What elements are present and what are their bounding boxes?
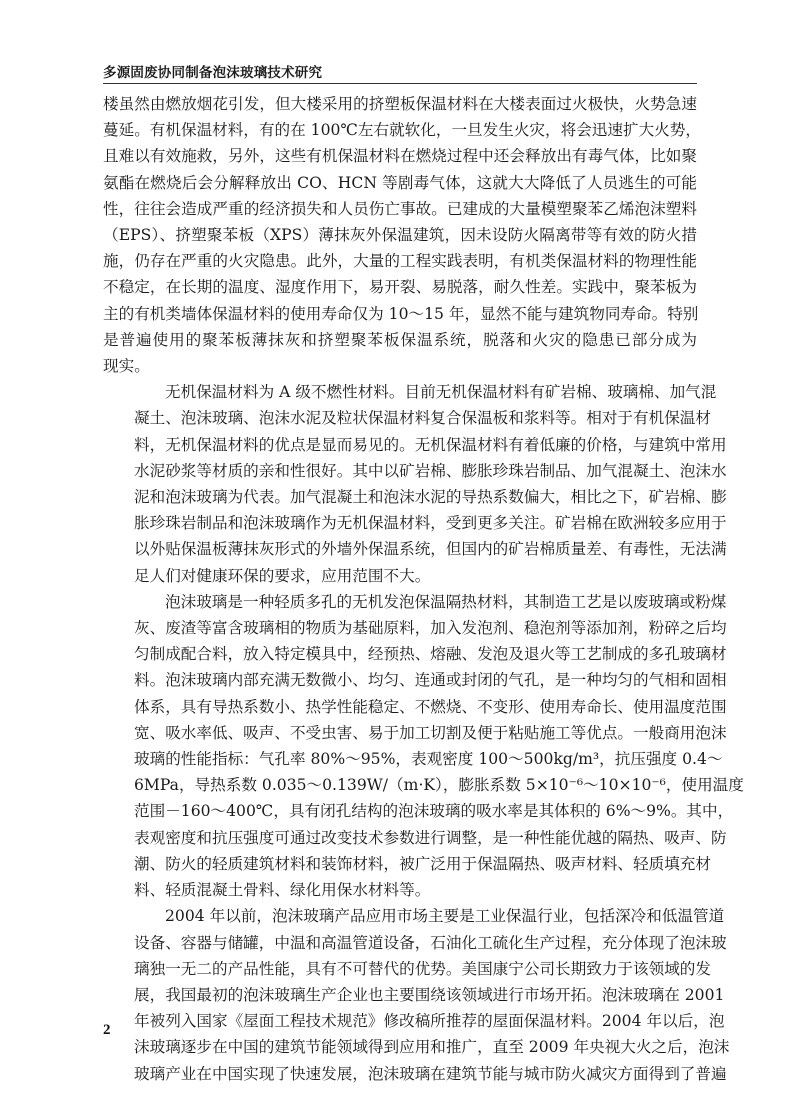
text-line: 料。泡沫玻璃内部充满无数微小、均匀、连通或封闭的气孔，是一种均匀的气相和固相 (103, 667, 697, 693)
text-line: 6MPa，导热系数 0.035～0.139W/（m·K），膨胀系数 5×10⁻⁶… (103, 772, 697, 798)
text-line: 宽、吸水率低、吸声、不受虫害、易于加工切割及便于粘贴施工等优点。一般商用泡沫 (103, 720, 697, 746)
text-line: 范围－160～400℃，具有闭孔结构的泡沫玻璃的吸水率是其体积的 6%～9%。其… (103, 798, 697, 824)
text-line: 匀制成配合料，放入特定模具中，经预热、熔融、发泡及退火等工艺制成的多孔玻璃材 (103, 641, 697, 667)
text-line: 体系，具有导热系数小、热学性能稳定、不燃烧、不变形、使用寿命长、使用温度范围 (103, 694, 697, 720)
text-line: 年被列入国家《屋面工程技术规范》修改稿所推荐的屋面保温材料。2004 年以后，泡 (103, 1008, 697, 1034)
text-line: 施，仍存在严重的火灾隐患。此外，大量的工程实践表明，有机类保温材料的物理性能 (103, 248, 697, 274)
text-line: 且难以有效施救，另外，这些有机保温材料在燃烧过程中还会释放出有毒气体，比如聚 (103, 143, 697, 169)
text-line: 足人们对健康环保的要求，应用范围不大。 (103, 563, 697, 589)
text-line: 2004 年以前，泡沫玻璃产品应用市场主要是工业保温行业，包括深冷和低温管道 (103, 903, 697, 929)
text-line: 主的有机类墙体保温材料的使用寿命仅为 10～15 年，显然不能与建筑物同寿命。特… (103, 301, 697, 327)
text-line: 玻璃产业在中国实现了快速发展，泡沫玻璃在建筑节能与城市防火减灾方面得到了普遍 (103, 1061, 697, 1087)
text-line: 楼虽然由燃放烟花引发，但大楼采用的挤塑板保温材料在大楼表面过火极快，火势急速 (103, 91, 697, 117)
paragraph-2: 无机保温材料为 A 级不燃性材料。目前无机保温材料有矿岩棉、玻璃棉、加气混 凝土… (103, 379, 697, 589)
text-line: 不稳定，在长期的温度、湿度作用下，易开裂、易脱落，耐久性差。实践中，聚苯板为 (103, 274, 697, 300)
text-line: 现实。 (103, 353, 697, 379)
page-number: 2 (103, 1022, 111, 1039)
text-line: 潮、防火的轻质建筑材料和装饰材料，被广泛用于保温隔热、吸声材料、轻质填充材 (103, 851, 697, 877)
text-line: 蔓延。有机保温材料，有的在 100℃左右就软化，一旦发生火灾，将会迅速扩大火势， (103, 117, 697, 143)
text-line: 性，往往会造成严重的经济损失和人员伤亡事故。已建成的大量模塑聚苯乙烯泡沫塑料 (103, 196, 697, 222)
text-line: 璃独一无二的产品性能，具有不可替代的优势。美国康宁公司长期致力于该领域的发 (103, 956, 697, 982)
text-line: 表观密度和抗压强度可通过改变技术参数进行调整，是一种性能优越的隔热、吸声、防 (103, 825, 697, 851)
paragraph-4: 2004 年以前，泡沫玻璃产品应用市场主要是工业保温行业，包括深冷和低温管道 设… (103, 903, 697, 1086)
text-line: 水泥砂浆等材质的亲和性很好。其中以矿岩棉、膨胀珍珠岩制品、加气混凝土、泡沫水 (103, 458, 697, 484)
paragraph-1: 楼虽然由燃放烟花引发，但大楼采用的挤塑板保温材料在大楼表面过火极快，火势急速 蔓… (103, 91, 697, 379)
text-line: 无机保温材料为 A 级不燃性材料。目前无机保温材料有矿岩棉、玻璃棉、加气混 (103, 379, 697, 405)
text-line: 展，我国最初的泡沫玻璃生产企业也主要围绕该领域进行市场开拓。泡沫玻璃在 2001 (103, 982, 697, 1008)
running-head: 多源固废协同制备泡沫玻璃技术研究 (103, 61, 697, 81)
text-line: 料、轻质混凝土骨料、绿化用保水材料等。 (103, 877, 697, 903)
text-line: （EPS）、挤塑聚苯板（XPS）薄抹灰外保温建筑，因未设防火隔离带等有效的防火措 (103, 222, 697, 248)
text-line: 以外贴保温板薄抹灰形式的外墙外保温系统，但国内的矿岩棉质量差、有毒性，无法满 (103, 536, 697, 562)
text-line: 凝土、泡沫玻璃、泡沫水泥及粒状保温材料复合保温板和浆料等。相对于有机保温材 (103, 405, 697, 431)
header-rule (103, 83, 697, 84)
paragraph-3: 泡沫玻璃是一种轻质多孔的无机发泡保温隔热材料，其制造工艺是以废玻璃或粉煤 灰、废… (103, 589, 697, 903)
text-line: 灰、废渣等富含玻璃相的物质为基础原料，加入发泡剂、稳泡剂等添加剂，粉碎之后均 (103, 615, 697, 641)
text-line: 料，无机保温材料的优点是显而易见的。无机保温材料有着低廉的价格，与建筑中常用 (103, 432, 697, 458)
text-line: 泡沫玻璃是一种轻质多孔的无机发泡保温隔热材料，其制造工艺是以废玻璃或粉煤 (103, 589, 697, 615)
text-line: 沫玻璃逐步在中国的建筑节能领域得到应用和推广，直至 2009 年央视大火之后，泡… (103, 1034, 697, 1060)
text-line: 胀珍珠岩制品和泡沫玻璃作为无机保温材料，受到更多关注。矿岩棉在欧洲较多应用于 (103, 510, 697, 536)
document-page: 多源固废协同制备泡沫玻璃技术研究 楼虽然由燃放烟花引发，但大楼采用的挤塑板保温材… (0, 0, 800, 1114)
text-line: 设备、容器与储罐，中温和高温管道设备，石油化工硫化生产过程，充分体现了泡沫玻 (103, 930, 697, 956)
text-line: 是普遍使用的聚苯板薄抹灰和挤塑聚苯板保温系统，脱落和火灾的隐患已部分成为 (103, 327, 697, 353)
text-line: 泥和泡沫玻璃为代表。加气混凝土和泡沫水泥的导热系数偏大，相比之下，矿岩棉、膨 (103, 484, 697, 510)
body-text: 楼虽然由燃放烟花引发，但大楼采用的挤塑板保温材料在大楼表面过火极快，火势急速 蔓… (103, 91, 697, 1087)
text-line: 玻璃的性能指标：气孔率 80%～95%，表观密度 100～500kg/m³，抗压… (103, 746, 697, 772)
text-line: 氨酯在燃烧后会分解释放出 CO、HCN 等剧毒气体，这就大大降低了人员逃生的可能 (103, 170, 697, 196)
